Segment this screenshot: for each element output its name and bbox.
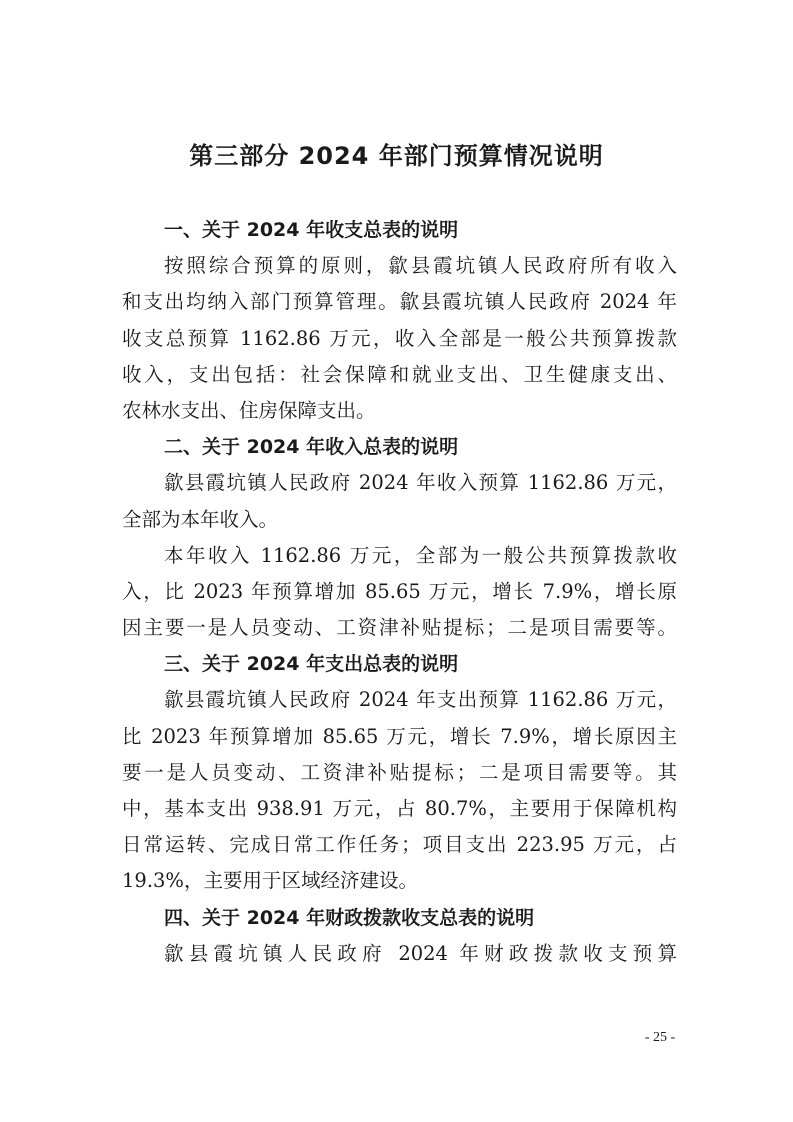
paragraph-line: 收支总预算 1162.86 万元，收入全部是一般公共预算拨款 [122, 321, 677, 357]
paragraph-line: 19.3%，主要用于区域经济建设。 [122, 863, 677, 899]
paragraph-line: 歙县霞坑镇人民政府 2024 年财政拨款收支预算 [122, 936, 677, 972]
page-title: 第三部分 2024 年部门预算情况说明 [0, 138, 793, 174]
paragraph-line: 比 2023 年预算增加 85.65 万元，增长 7.9%，增长原因主 [122, 719, 677, 755]
paragraph-line: 本年收入 1162.86 万元，全部为一般公共预算拨款收 [122, 538, 677, 574]
paragraph-line: 要一是人员变动、工资津补贴提标；二是项目需要等。其 [122, 755, 677, 791]
paragraph-line: 全部为本年收入。 [122, 502, 677, 538]
paragraph-line: 歙县霞坑镇人民政府 2024 年收入预算 1162.86 万元， [122, 465, 677, 501]
paragraph-line: 农林水支出、住房保障支出。 [122, 393, 677, 429]
paragraph-line: 因主要一是人员变动、工资津补贴提标；二是项目需要等。 [122, 610, 677, 646]
paragraph-line: 歙县霞坑镇人民政府 2024 年支出预算 1162.86 万元， [122, 682, 677, 718]
paragraph-line: 入，比 2023 年预算增加 85.65 万元，增长 7.9%，增长原 [122, 574, 677, 610]
paragraph-line: 按照综合预算的原则，歙县霞坑镇人民政府所有收入 [122, 248, 677, 284]
paragraph-line: 和支出均纳入部门预算管理。歙县霞坑镇人民政府 2024 年 [122, 284, 677, 320]
document-body: 一、关于 2024 年收支总表的说明 按照综合预算的原则，歙县霞坑镇人民政府所有… [122, 212, 677, 972]
paragraph-line: 中，基本支出 938.91 万元，占 80.7%，主要用于保障机构 [122, 791, 677, 827]
page-number: - 25 - [630, 1030, 690, 1046]
section-heading-3: 三、关于 2024 年支出总表的说明 [122, 646, 677, 682]
section-heading-1: 一、关于 2024 年收支总表的说明 [122, 212, 677, 248]
paragraph-line: 收入，支出包括：社会保障和就业支出、卫生健康支出、 [122, 357, 677, 393]
section-heading-4: 四、关于 2024 年财政拨款收支总表的说明 [122, 900, 677, 936]
section-heading-2: 二、关于 2024 年收入总表的说明 [122, 429, 677, 465]
paragraph-line: 日常运转、完成日常工作任务；项目支出 223.95 万元，占 [122, 827, 677, 863]
